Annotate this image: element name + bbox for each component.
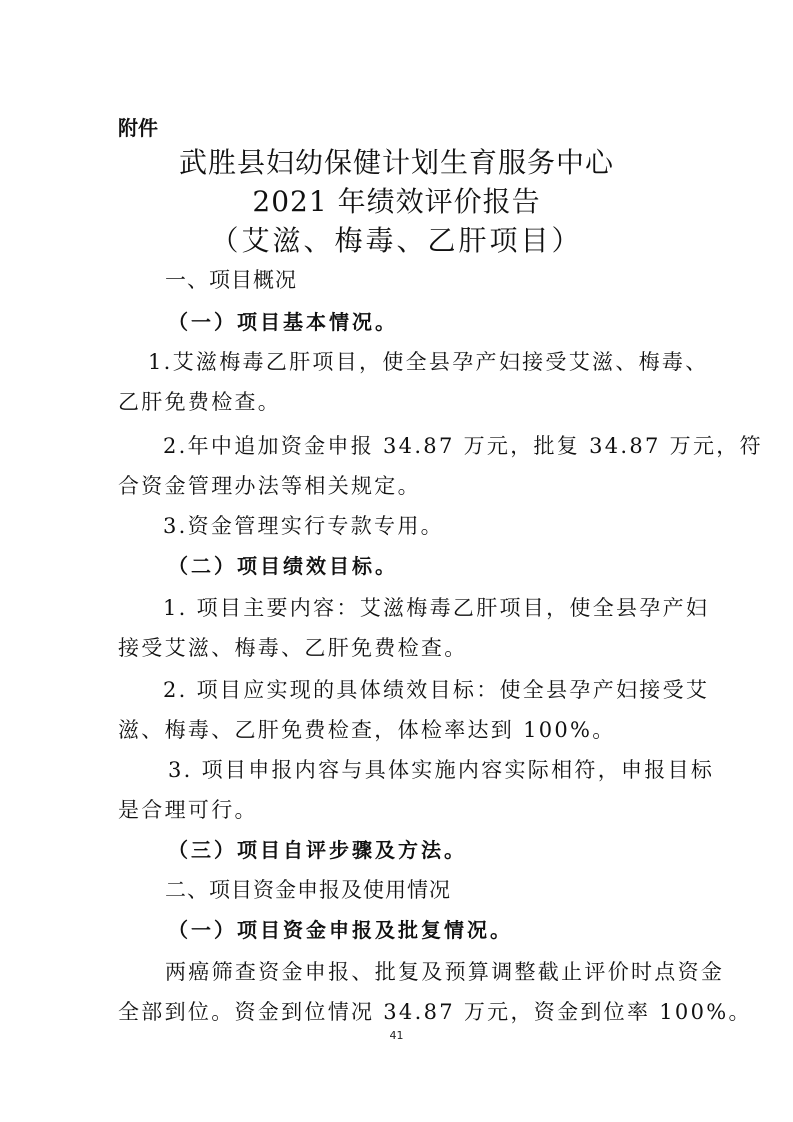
subsection-heading-1-2: （二）项目绩效目标。 [168,550,728,579]
paragraph-line: 全部到位。资金到位情况 34.87 万元，资金到位率 100%。 [118,996,678,1026]
subsection-heading-2-1: （一）项目资金申报及批复情况。 [168,914,728,943]
document-page: 附件 武胜县妇幼保健计划生育服务中心 2021 年绩效评价报告 （艾滋、梅毒、乙… [0,0,793,1122]
subsection-heading-1-1: （一）项目基本情况。 [168,306,728,335]
paragraph-line: 3. 项目申报内容与具体实施内容实际相符，申报目标 [168,754,728,784]
paragraph-line: 合资金管理办法等相关规定。 [118,470,678,500]
title-line-2: 2021 年绩效评价报告 [0,180,793,220]
page-number: 41 [0,1029,793,1042]
paragraph-line: 两癌筛查资金申报、批复及预算调整截止评价时点资金 [165,956,725,986]
title-line-1: 武胜县妇幼保健计划生育服务中心 [0,141,793,181]
section-heading-1: 一、项目概况 [165,264,725,294]
paragraph-line: 1. 项目主要内容：艾滋梅毒乙肝项目，使全县孕产妇 [163,592,723,622]
paragraph-line: 滋、梅毒、乙肝免费检查，体检率达到 100%。 [118,714,678,744]
paragraph-line: 3.资金管理实行专款专用。 [163,510,723,540]
paragraph-line: 1.艾滋梅毒乙肝项目，使全县孕产妇接受艾滋、梅毒、 [148,346,708,376]
attachment-label: 附件 [118,112,158,141]
section-heading-2: 二、项目资金申报及使用情况 [165,874,725,904]
paragraph-line: 2. 项目应实现的具体绩效目标：使全县孕产妇接受艾 [163,674,723,704]
subsection-heading-1-3: （三）项目自评步骤及方法。 [168,834,728,863]
paragraph-line: 乙肝免费检查。 [118,386,678,416]
title-line-3: （艾滋、梅毒、乙肝项目） [0,219,793,259]
paragraph-line: 2.年中追加资金申报 34.87 万元，批复 34.87 万元，符 [163,430,723,460]
paragraph-line: 接受艾滋、梅毒、乙肝免费检查。 [118,632,678,662]
paragraph-line: 是合理可行。 [118,794,678,824]
